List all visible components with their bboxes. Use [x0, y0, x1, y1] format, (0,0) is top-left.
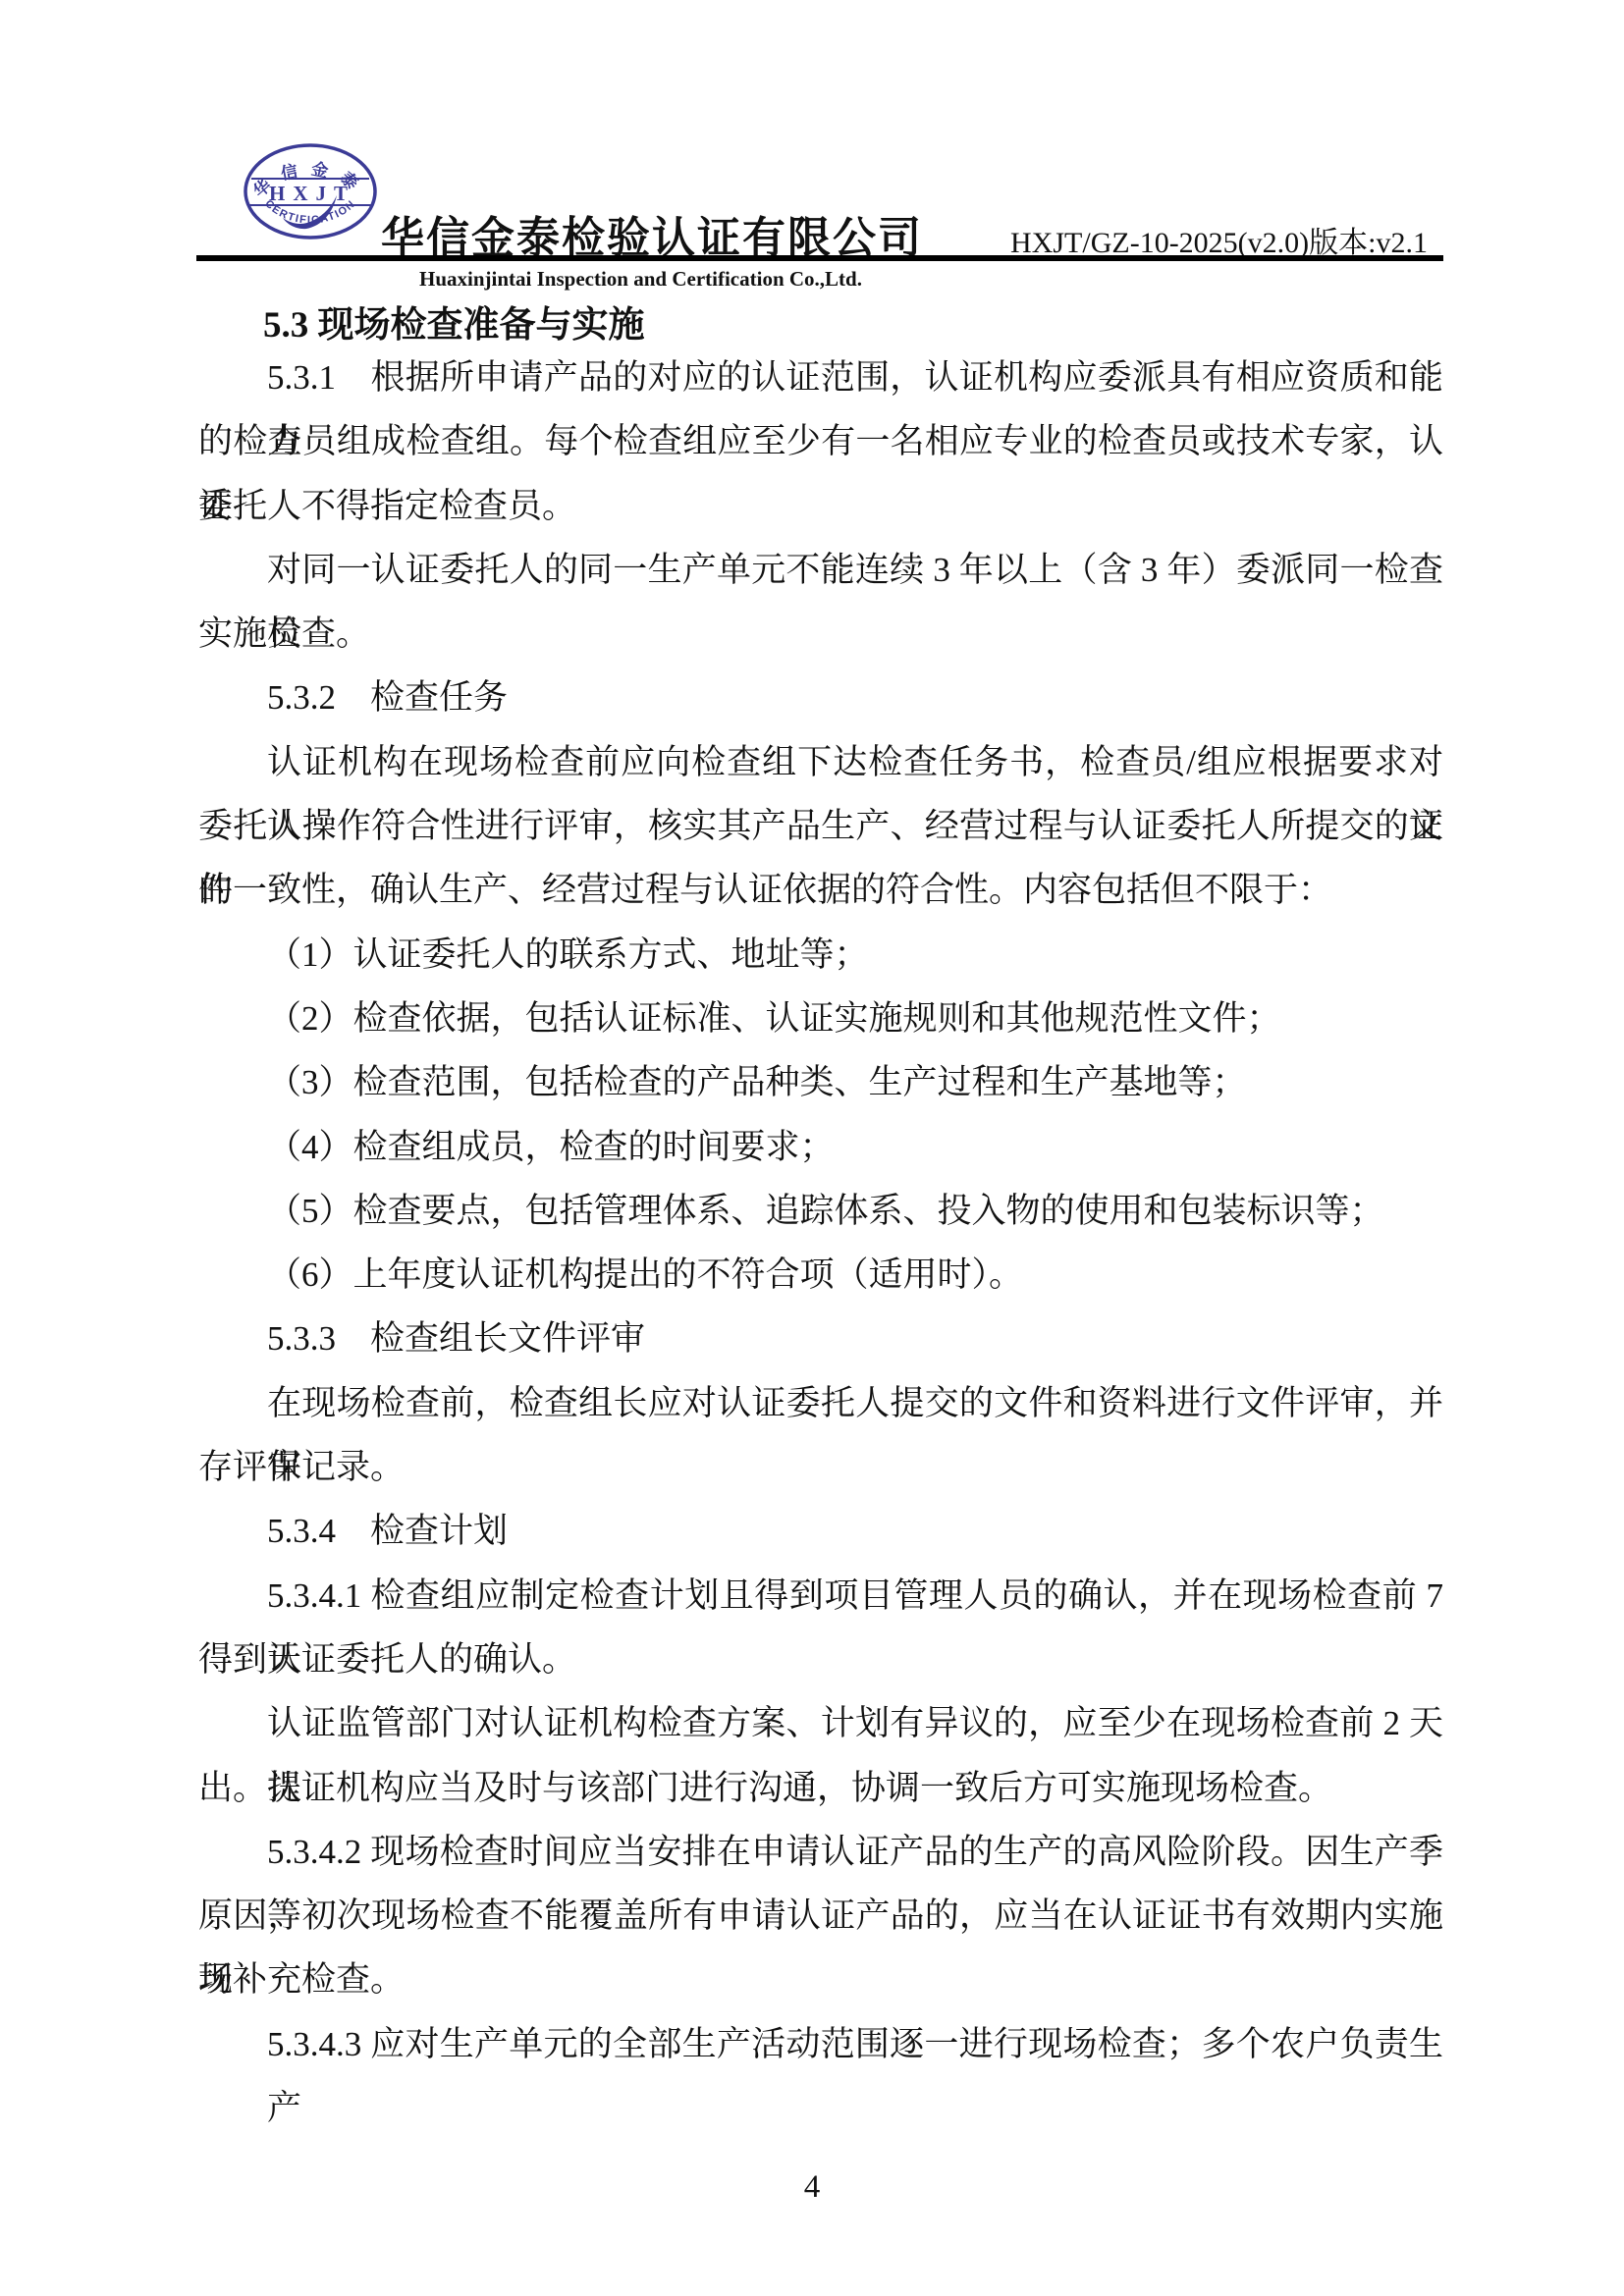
body-line: 对同一认证委托人的同一生产单元不能连续 3 年以上（含 3 年）委派同一检查员 — [198, 538, 1443, 602]
body-line: 出。认证机构应当及时与该部门进行沟通，协调一致后方可实施现场检查。 — [198, 1756, 1443, 1820]
body-line: 5.3.4.1 检查组应制定检查计划且得到项目管理人员的确认，并在现场检查前 7… — [198, 1564, 1443, 1628]
body-line: （6）上年度认证机构提出的不符合项（适用时）。 — [198, 1243, 1443, 1307]
body-line: 委托人操作符合性进行评审，核实其产品生产、经营过程与认证委托人所提交的文件 — [198, 794, 1443, 858]
company-name-english: Huaxinjintai Inspection and Certificatio… — [196, 267, 1085, 292]
body-line: 5.3.3 检查组长文件评审 — [198, 1307, 1443, 1370]
body-line: 实施检查。 — [198, 602, 1443, 666]
body-line: 得到认证委托人的确认。 — [198, 1628, 1443, 1691]
body-line: （2）检查依据，包括认证标准、认证实施规则和其他规范性文件； — [198, 987, 1443, 1050]
body-line: 认证机构在现场检查前应向检查组下达检查任务书，检查员/组应根据要求对认证 — [198, 730, 1443, 794]
body-line: （1）认证委托人的联系方式、地址等； — [198, 923, 1443, 987]
section-heading: 5.3 现场检查准备与实施 — [198, 294, 1443, 347]
company-logo-icon: 华信金泰 HXJT CERTIFICATION — [242, 141, 379, 243]
page-number: 4 — [0, 2169, 1624, 2206]
body-line: 委托人不得指定检查员。 — [198, 474, 1443, 538]
logo-acronym: HXJT — [269, 182, 355, 205]
body-line: 5.3.4.3 应对生产单元的全部生产活动范围逐一进行现场检查；多个农户负责生产 — [198, 2012, 1443, 2076]
body-line: 5.3.4.2 现场检查时间应当安排在申请认证产品的生产的高风险阶段。因生产季等 — [198, 1820, 1443, 1884]
body-text-block: 5.3.1 根据所申请产品的对应的认证范围，认证机构应委派具有相应资质和能力 的… — [198, 346, 1443, 2076]
body-line: 5.3.2 检查任务 — [198, 666, 1443, 729]
body-line: 的检查员组成检查组。每个检查组应至少有一名相应专业的检查员或技术专家，认证 — [198, 409, 1443, 473]
body-line: 原因，初次现场检查不能覆盖所有申请认证产品的，应当在认证证书有效期内实施现 — [198, 1884, 1443, 1948]
body-line: （5）检查要点，包括管理体系、追踪体系、投入物的使用和包装标识等； — [198, 1179, 1443, 1243]
body-line: 存评审记录。 — [198, 1435, 1443, 1499]
body-line: 5.3.1 根据所申请产品的对应的认证范围，认证机构应委派具有相应资质和能力 — [198, 346, 1443, 409]
document-page: 华信金泰 HXJT CERTIFICATION 华信金泰检验认证有限公司 HXJ… — [0, 0, 1624, 2296]
body-line: 的一致性，确认生产、经营过程与认证依据的符合性。内容包括但不限于： — [198, 858, 1443, 922]
body-line: 5.3.4 检查计划 — [198, 1499, 1443, 1563]
header-divider-rule — [196, 255, 1443, 261]
body-line: 在现场检查前，检查组长应对认证委托人提交的文件和资料进行文件评审，并保 — [198, 1371, 1443, 1435]
body-line: 场补充检查。 — [198, 1948, 1443, 2011]
body-line: （4）检查组成员，检查的时间要求； — [198, 1115, 1443, 1179]
body-line: （3）检查范围，包括检查的产品种类、生产过程和生产基地等； — [198, 1050, 1443, 1114]
body-line: 认证监管部门对认证机构检查方案、计划有异议的，应至少在现场检查前 2 天提 — [198, 1691, 1443, 1755]
